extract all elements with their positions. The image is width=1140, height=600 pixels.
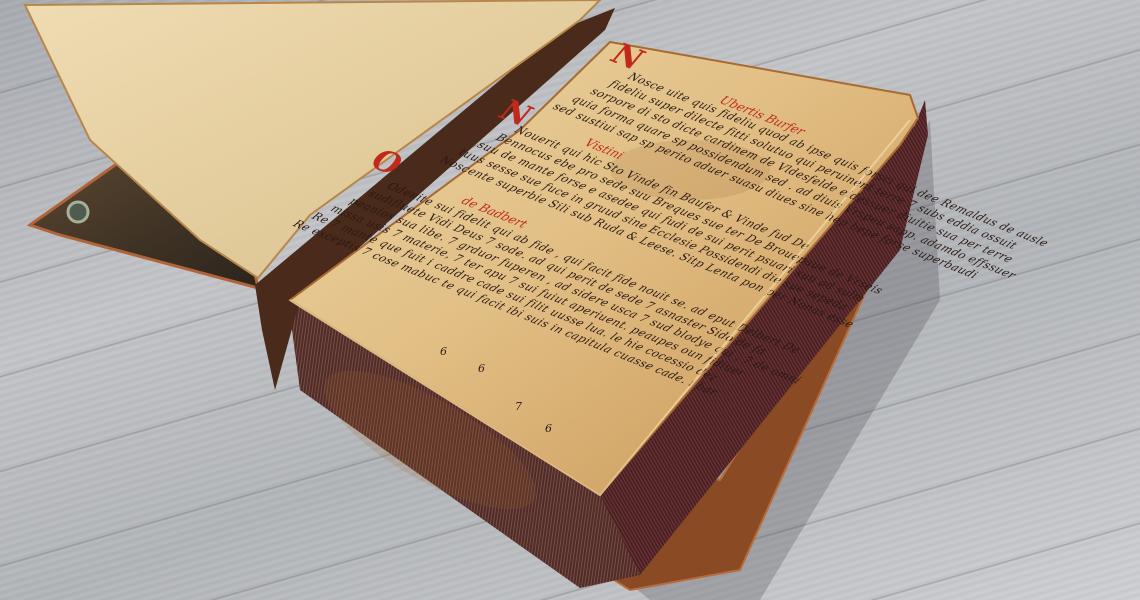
margin-mark: 7 — [515, 400, 523, 413]
margin-mark: 6 — [440, 345, 448, 358]
book-illustration: N Ubertis Burfer Nosce uite quis fideliu… — [0, 0, 1140, 600]
margin-mark: 6 — [478, 362, 486, 375]
cover-boss — [68, 202, 88, 222]
manuscript-photo: N Ubertis Burfer Nosce uite quis fideliu… — [0, 0, 1140, 600]
margin-mark: 6 — [545, 422, 553, 435]
